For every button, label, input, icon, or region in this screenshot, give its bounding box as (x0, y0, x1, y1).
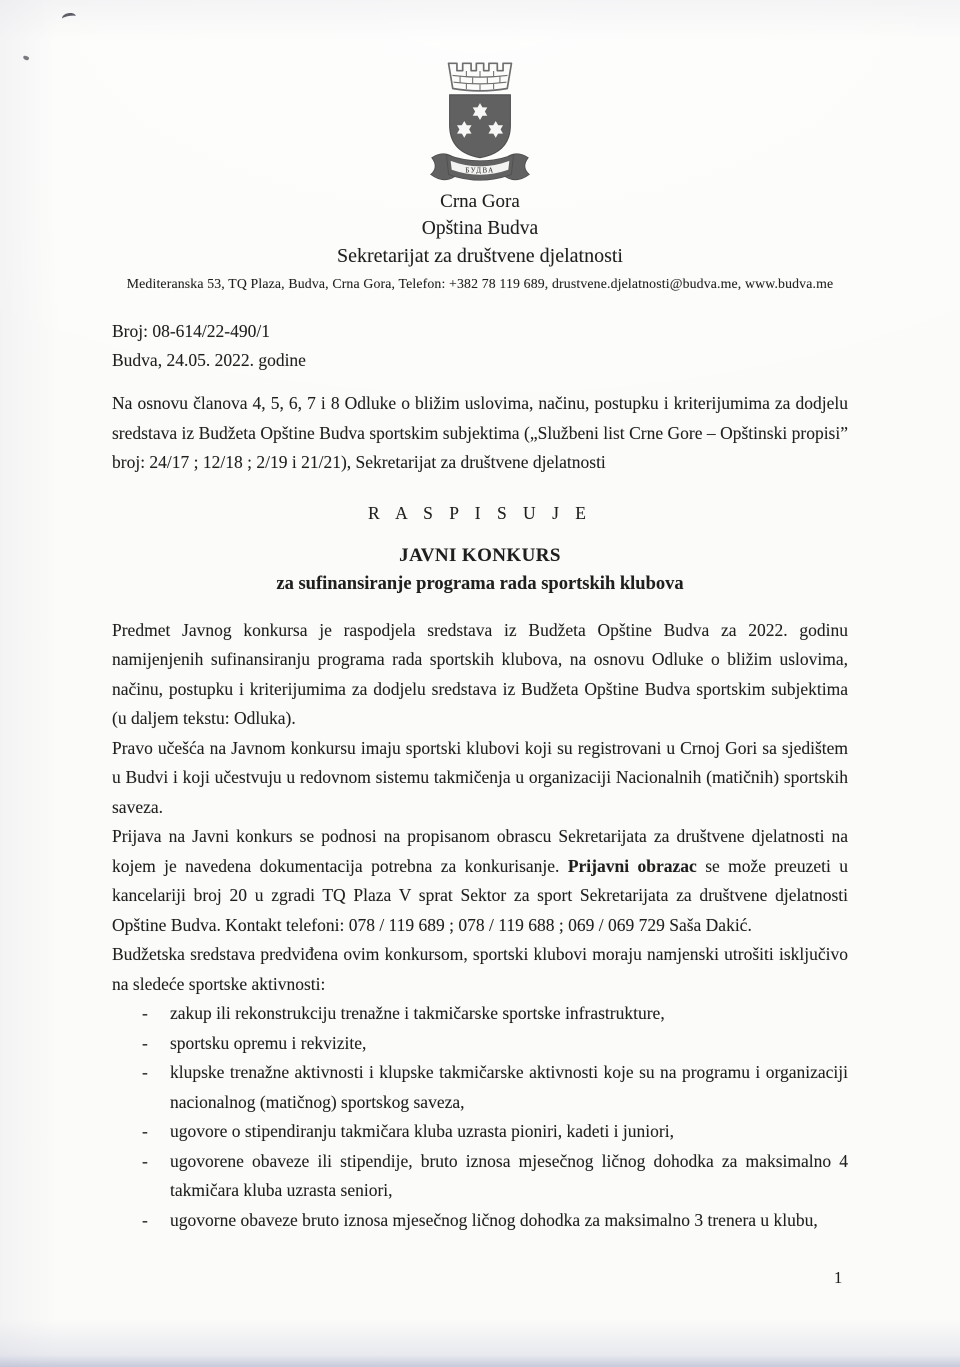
dash-bullet: - (112, 1117, 170, 1147)
body-paragraph-budget-intro: Budžetska sredstava predviđena ovim konk… (112, 940, 848, 999)
list-item: - ugovorne obaveze bruto iznosa mjesečno… (112, 1206, 848, 1236)
reference-number: Broj: 08-614/22-490/1 (112, 317, 848, 346)
document-title: JAVNI KONKURS (112, 541, 848, 570)
contact-info-line: Mediteranska 53, TQ Plaza, Budva, Crna G… (0, 273, 960, 294)
list-item: - klupske trenažne aktivnosti i klupske … (112, 1058, 848, 1117)
municipality-name: Opština Budva (0, 215, 960, 242)
list-item-text: ugovore o stipendiranju takmičara kluba … (170, 1117, 848, 1147)
list-item: - zakup ili rekonstrukciju trenažne i ta… (112, 999, 848, 1029)
scan-edge-shadow (0, 1355, 960, 1367)
shield-icon (450, 95, 511, 158)
allowed-activities-list: - zakup ili rekonstrukciju trenažne i ta… (112, 999, 848, 1235)
budva-coat-of-arms-icon: БУДВА (414, 56, 546, 186)
list-item: - ugovore o stipendiranju takmičara klub… (112, 1117, 848, 1147)
page-number: 1 (834, 1268, 842, 1288)
list-item-text: sportsku opremu i rekvizite, (170, 1029, 848, 1059)
coat-of-arms-container: БУДВА (0, 0, 960, 186)
list-item-text: zakup ili rekonstrukciju trenažne i takm… (170, 999, 848, 1029)
dash-bullet: - (112, 1147, 170, 1206)
body-paragraph-application: Prijava na Javni konkurs se podnosi na p… (112, 822, 848, 940)
announce-word: R A S P I S U J E (112, 499, 848, 528)
dash-bullet: - (112, 1029, 170, 1059)
reference-block: Broj: 08-614/22-490/1 Budva, 24.05. 2022… (112, 317, 848, 374)
list-item: - ugovorene obaveze ili stipendije, brut… (112, 1147, 848, 1206)
place-and-date: Budva, 24.05. 2022. godine (112, 346, 848, 375)
country-name: Crna Gora (0, 189, 960, 215)
document-subtitle: za sufinansiranje programa rada sportski… (112, 570, 848, 599)
list-item-text: ugovorne obaveze bruto iznosa mjesečnog … (170, 1206, 848, 1236)
body-paragraph-eligibility: Pravo učešća na Javnom konkursu imaju sp… (112, 734, 848, 823)
dash-bullet: - (112, 1206, 170, 1236)
legal-basis-paragraph: Na osnovu članova 4, 5, 6, 7 i 8 Odluke … (112, 389, 848, 478)
mural-crown-icon (449, 63, 512, 91)
document-body: Predmet Javnog konkursa je raspodjela sr… (112, 616, 848, 1236)
dash-bullet: - (112, 999, 170, 1029)
document-title-block: JAVNI KONKURS za sufinansiranje programa… (112, 541, 848, 599)
secretariat-name: Sekretarijat za društvene djelatnosti (0, 242, 960, 270)
list-item-text: klupske trenažne aktivnosti i klupske ta… (170, 1058, 848, 1117)
list-item: - sportsku opremu i rekvizite, (112, 1029, 848, 1059)
scanned-document-page: БУДВА Crna Gora Opština Budva Sekretarij… (0, 0, 960, 1367)
list-item-text: ugovorene obaveze ili stipendije, bruto … (170, 1147, 848, 1206)
dash-bullet: - (112, 1058, 170, 1117)
banner-text: БУДВА (465, 167, 494, 174)
application-form-emphasis: Prijavni obrazac (568, 856, 697, 876)
body-paragraph-subject: Predmet Javnog konkursa je raspodjela sr… (112, 616, 848, 734)
